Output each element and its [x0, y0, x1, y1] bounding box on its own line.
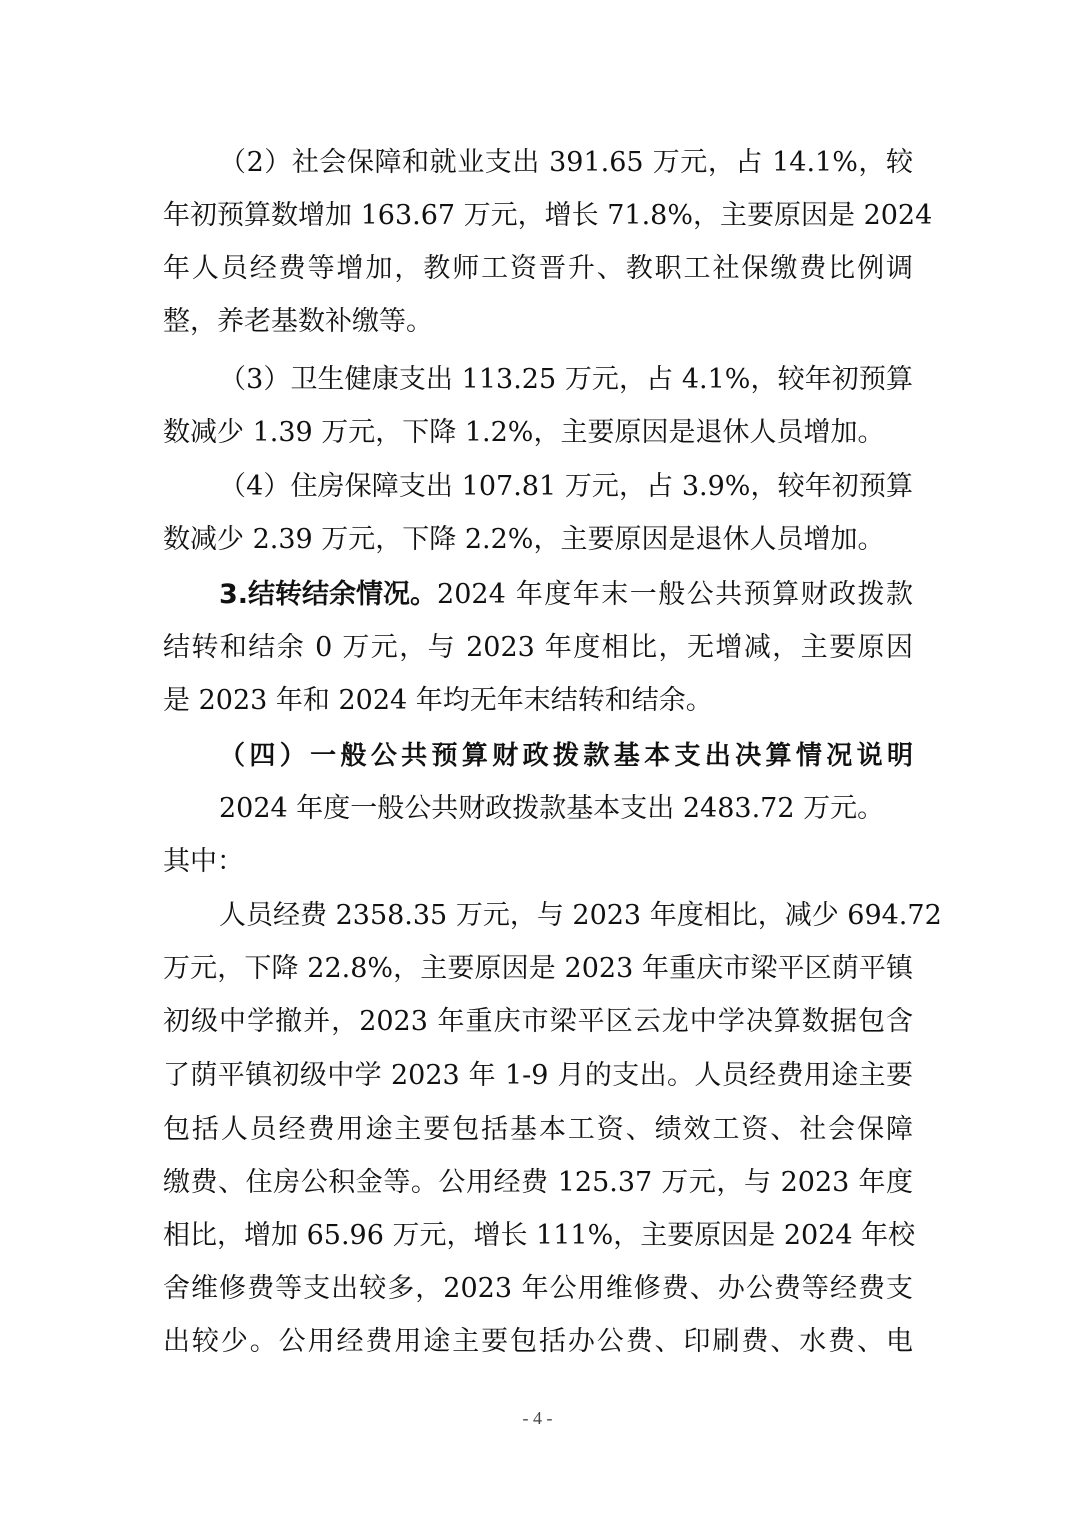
personnel-line-9: 出较少。公用经费用途主要包括办公费、印刷费、水费、电	[163, 1324, 913, 1360]
paragraph-health-line-2: 数减少 1.39 万元，下降 1.2%，主要原因是退休人员增加。	[163, 415, 913, 451]
paragraph-social-security-line-2: 年初预算数增加 163.67 万元，增长 71.8%，主要原因是 2024	[163, 198, 913, 234]
paragraph-carryover-line-1: 3.结转结余情况。 2024 年度年末一般公共预算财政拨款	[219, 577, 913, 613]
paragraph-social-security-line-4: 整，养老基数补缴等。	[163, 304, 913, 340]
carryover-text: 2024 年度年末一般公共预算财政拨款	[437, 577, 913, 613]
basic-expenditure-line-2: 其中：	[163, 844, 913, 880]
paragraph-social-security-line-1: （2）社会保障和就业支出 391.65 万元，占 14.1%，较	[219, 145, 913, 181]
paragraph-social-security-line-3: 年人员经费等增加，教师工资晋升、教职工社保缴费比例调	[163, 251, 913, 287]
personnel-line-2: 万元，下降 22.8%，主要原因是 2023 年重庆市梁平区荫平镇	[163, 951, 913, 987]
personnel-line-6: 缴费、住房公积金等。公用经费 125.37 万元，与 2023 年度	[163, 1165, 913, 1201]
basic-expenditure-line-1: 2024 年度一般公共财政拨款基本支出 2483.72 万元。	[219, 791, 913, 827]
document-page: （2）社会保障和就业支出 391.65 万元，占 14.1%，较 年初预算数增加…	[0, 0, 1075, 1520]
personnel-line-5: 包括人员经费用途主要包括基本工资、绩效工资、社会保障	[163, 1112, 913, 1148]
paragraph-carryover-line-2: 结转和结余 0 万元，与 2023 年度相比，无增减，主要原因	[163, 630, 913, 666]
personnel-line-1: 人员经费 2358.35 万元，与 2023 年度相比，减少 694.72	[219, 898, 913, 934]
paragraph-housing-line-2: 数减少 2.39 万元，下降 2.2%，主要原因是退休人员增加。	[163, 522, 913, 558]
personnel-line-3: 初级中学撤并，2023 年重庆市梁平区云龙中学决算数据包含	[163, 1004, 913, 1040]
personnel-line-4: 了荫平镇初级中学 2023 年 1-9 月的支出。人员经费用途主要	[163, 1058, 913, 1094]
paragraph-carryover-line-3: 是 2023 年和 2024 年均无年末结转和结余。	[163, 683, 913, 719]
page-number: - 4 -	[0, 1408, 1075, 1429]
carryover-heading: 3.结转结余情况。	[219, 577, 437, 613]
personnel-line-8: 舍维修费等支出较多，2023 年公用维修费、办公费等经费支	[163, 1271, 913, 1307]
personnel-line-7: 相比，增加 65.96 万元，增长 111%，主要原因是 2024 年校	[163, 1218, 913, 1254]
paragraph-health-line-1: （3）卫生健康支出 113.25 万元，占 4.1%，较年初预算	[219, 362, 913, 398]
section-heading: （四）一般公共预算财政拨款基本支出决算情况说明	[219, 738, 913, 774]
paragraph-housing-line-1: （4）住房保障支出 107.81 万元，占 3.9%，较年初预算	[219, 469, 913, 505]
